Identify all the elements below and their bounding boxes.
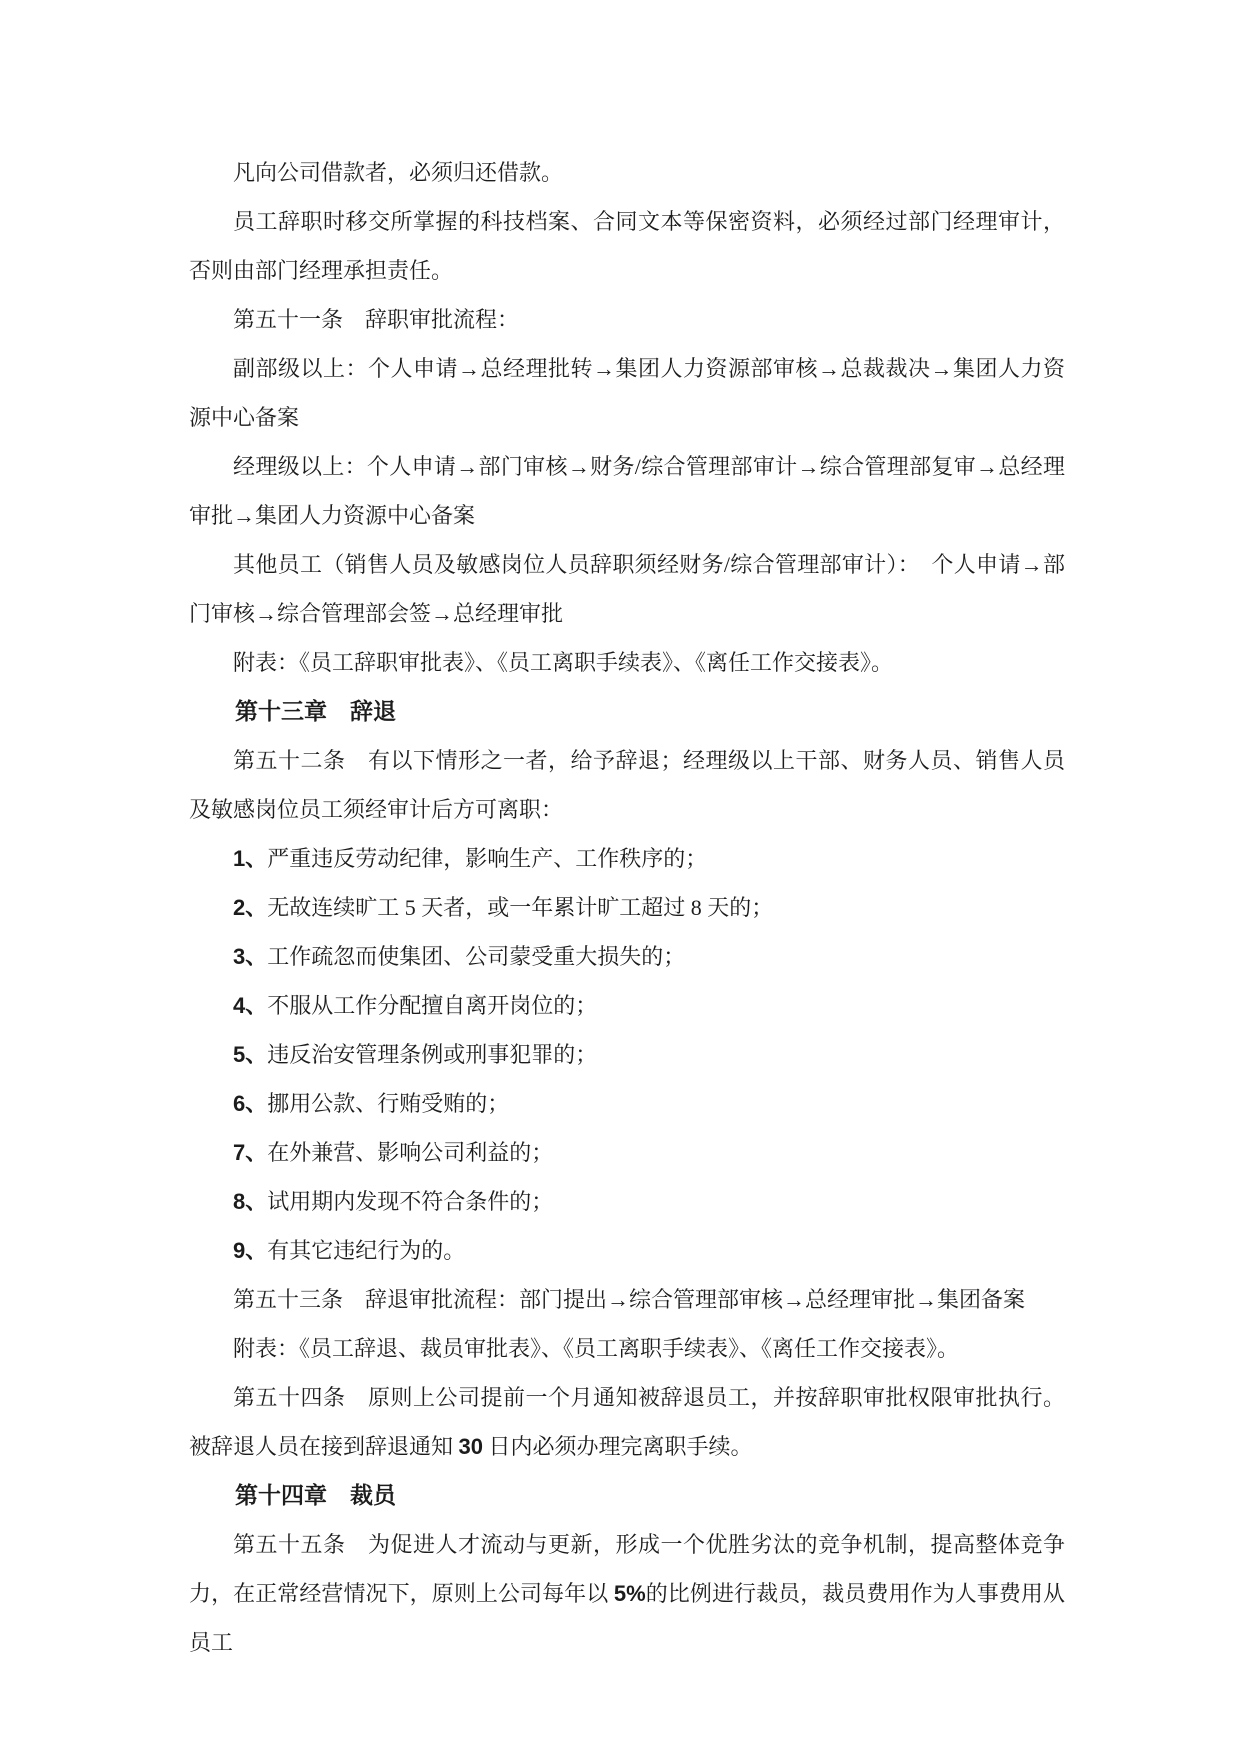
list-item-number: 5、 bbox=[233, 1042, 267, 1067]
list-item-text: 有其它违纪行为的。 bbox=[267, 1238, 465, 1263]
list-item-number: 7、 bbox=[233, 1140, 267, 1165]
list-item-number: 9、 bbox=[233, 1238, 267, 1263]
attachment-list: 附表：《员工辞职审批表》、《员工离职手续表》、《离任工作交接表》。 bbox=[189, 638, 1065, 687]
list-item-number: 4、 bbox=[233, 993, 267, 1018]
paragraph: 凡向公司借款者，必须归还借款。 bbox=[189, 148, 1065, 197]
list-item: 1、严重违反劳动纪律，影响生产、工作秩序的； bbox=[189, 834, 1065, 883]
list-item-number: 3、 bbox=[233, 944, 267, 969]
list-item: 3、工作疏忽而使集团、公司蒙受重大损失的； bbox=[189, 932, 1065, 981]
paragraph: 员工辞职时移交所掌握的科技档案、合同文本等保密资料，必须经过部门经理审计，否则由… bbox=[189, 197, 1065, 295]
article-52-intro: 第五十二条 有以下情形之一者，给予辞退；经理级以上干部、财务人员、销售人员及敏感… bbox=[189, 736, 1065, 834]
attachment-list: 附表：《员工辞退、裁员审批表》、《员工离职手续表》、《离任工作交接表》。 bbox=[189, 1324, 1065, 1373]
chapter-heading-13: 第十三章 辞退 bbox=[189, 687, 1065, 736]
article-55: 第五十五条 为促进人才流动与更新，形成一个优胜劣汰的竞争机制，提高整体竞争力，在… bbox=[189, 1520, 1065, 1667]
list-item-number: 2、 bbox=[233, 895, 267, 920]
list-item: 7、在外兼营、影响公司利益的； bbox=[189, 1128, 1065, 1177]
approval-flow-vice-minister: 副部级以上：个人申请→总经理批转→集团人力资源部审核→总裁裁决→集团人力资源中心… bbox=[189, 344, 1065, 442]
article-55-number: 5% bbox=[614, 1581, 646, 1606]
list-item-number: 1、 bbox=[233, 846, 267, 871]
list-item: 9、有其它违纪行为的。 bbox=[189, 1226, 1065, 1275]
document-page: 凡向公司借款者，必须归还借款。 员工辞职时移交所掌握的科技档案、合同文本等保密资… bbox=[0, 0, 1241, 1754]
article-53: 第五十三条 辞退审批流程：部门提出→综合管理部审核→总经理审批→集团备案 bbox=[189, 1275, 1065, 1324]
list-item-number: 6、 bbox=[233, 1091, 267, 1116]
list-item-text: 工作疏忽而使集团、公司蒙受重大损失的； bbox=[267, 944, 685, 969]
list-item-text: 不服从工作分配擅自离开岗位的； bbox=[267, 993, 597, 1018]
list-item-text: 无故连续旷工 5 天者，或一年累计旷工超过 8 天的； bbox=[267, 895, 773, 920]
list-item: 2、无故连续旷工 5 天者，或一年累计旷工超过 8 天的； bbox=[189, 883, 1065, 932]
list-item-text: 试用期内发现不符合条件的； bbox=[267, 1189, 553, 1214]
article-51-title: 第五十一条 辞职审批流程： bbox=[189, 295, 1065, 344]
chapter-heading-14: 第十四章 裁员 bbox=[189, 1471, 1065, 1520]
list-item-text: 挪用公款、行贿受贿的； bbox=[267, 1091, 509, 1116]
list-item: 4、不服从工作分配擅自离开岗位的； bbox=[189, 981, 1065, 1030]
list-item-text: 在外兼营、影响公司利益的； bbox=[267, 1140, 553, 1165]
list-item: 8、试用期内发现不符合条件的； bbox=[189, 1177, 1065, 1226]
approval-flow-other-staff: 其他员工（销售人员及敏感岗位人员辞职须经财务/综合管理部审计）： 个人申请→部门… bbox=[189, 540, 1065, 638]
list-item-number: 8、 bbox=[233, 1189, 267, 1214]
list-item-text: 严重违反劳动纪律，影响生产、工作秩序的； bbox=[267, 846, 707, 871]
article-54-text-post: 日内必须办理完离职手续。 bbox=[483, 1434, 753, 1459]
document-body: 凡向公司借款者，必须归还借款。 员工辞职时移交所掌握的科技档案、合同文本等保密资… bbox=[189, 148, 1065, 1667]
article-54: 第五十四条 原则上公司提前一个月通知被辞退员工，并按辞职审批权限审批执行。被辞退… bbox=[189, 1373, 1065, 1471]
list-item: 5、违反治安管理条例或刑事犯罪的； bbox=[189, 1030, 1065, 1079]
article-54-number: 30 bbox=[459, 1434, 483, 1459]
list-item-text: 违反治安管理条例或刑事犯罪的； bbox=[267, 1042, 597, 1067]
list-item: 6、挪用公款、行贿受贿的； bbox=[189, 1079, 1065, 1128]
approval-flow-manager: 经理级以上：个人申请→部门审核→财务/综合管理部审计→综合管理部复审→总经理审批… bbox=[189, 442, 1065, 540]
